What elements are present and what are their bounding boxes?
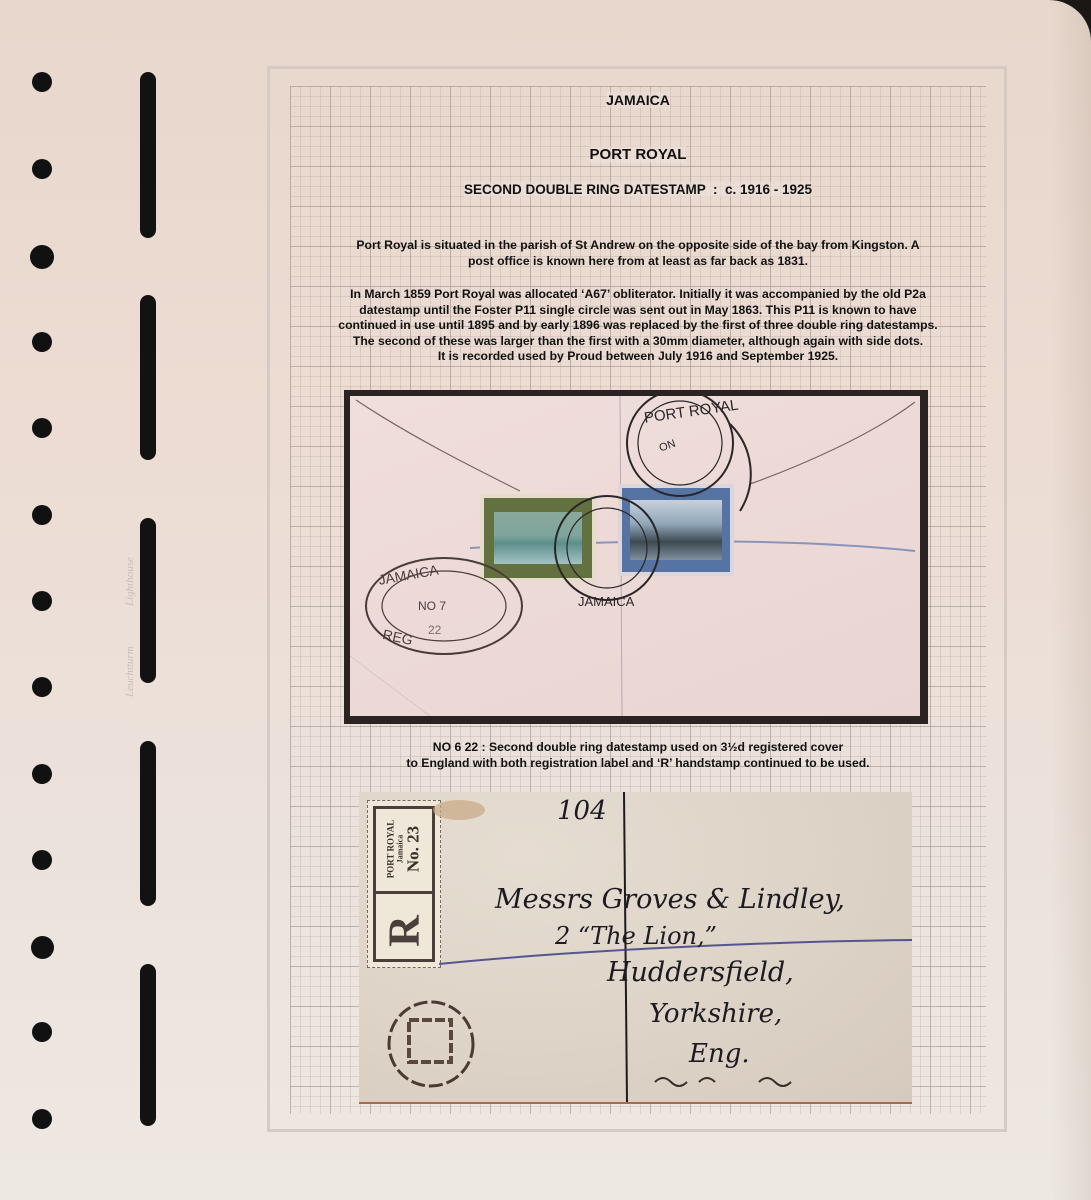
brand-watermark: Leuchtturm [124,646,136,697]
binder-hole [32,72,52,92]
svg-text:22: 22 [428,623,442,637]
binder-hole [32,505,52,525]
binder-hole [32,418,52,438]
binder-hole [32,1022,52,1042]
binder-hole [32,1109,52,1129]
binder-hole [31,936,54,959]
svg-text:NO 7: NO 7 [418,599,446,613]
page-title: PORT ROYAL [290,146,986,163]
album-page: Leuchtturm Lighthouse JAMAICA PORT ROYAL… [0,0,1091,1200]
address-line: 2 “The Lion,” [555,922,717,950]
manuscript-number: 104 [557,796,607,826]
binder-hole [32,764,52,784]
cover-back-image: PORT ROYAL NO JAMAICA JAMAICA NO 7 22 RE… [350,396,920,716]
svg-text:NO: NO [657,436,677,453]
binder-hole [32,332,52,352]
binder-hole [32,591,52,611]
svg-text:REG: REG [381,626,414,648]
brand-watermark: Lighthouse [124,557,136,606]
cover-caption: NO 6 22 : Second double ring datestamp u… [290,739,986,771]
page-country-heading: JAMAICA [290,92,986,108]
binder-slot [140,72,156,238]
intro-paragraph-2: In March 1859 Port Royal was allocated ‘… [290,287,986,365]
binder-hole [32,850,52,870]
address-line: Yorkshire, [649,999,782,1029]
svg-text:JAMAICA: JAMAICA [578,594,635,609]
svg-text:PORT ROYAL: PORT ROYAL [643,397,739,427]
binder-hole [32,677,52,697]
postmarks: PORT ROYAL NO JAMAICA JAMAICA NO 7 22 RE… [350,396,920,716]
intro-paragraph-1: Port Royal is situated in the parish of … [290,237,986,269]
address-line: Eng. [689,1039,750,1069]
binder-slot [140,295,156,460]
binder-slot [140,741,156,906]
page-subtitle: SECOND DOUBLE RING DATESTAMP : c. 1916 -… [290,182,986,197]
binder-hole [32,159,52,179]
binder-slot [140,518,156,683]
address-line: Huddersfield, [607,957,794,988]
svg-text:JAMAICA: JAMAICA [377,561,440,587]
binder-hole [30,245,54,269]
address-line: Messrs Groves & Lindley, [495,884,845,915]
cover-front-image: PORT ROYAL Jamaica No. 23 R 104 Messrs G… [359,792,912,1104]
binder-slot [140,964,156,1126]
